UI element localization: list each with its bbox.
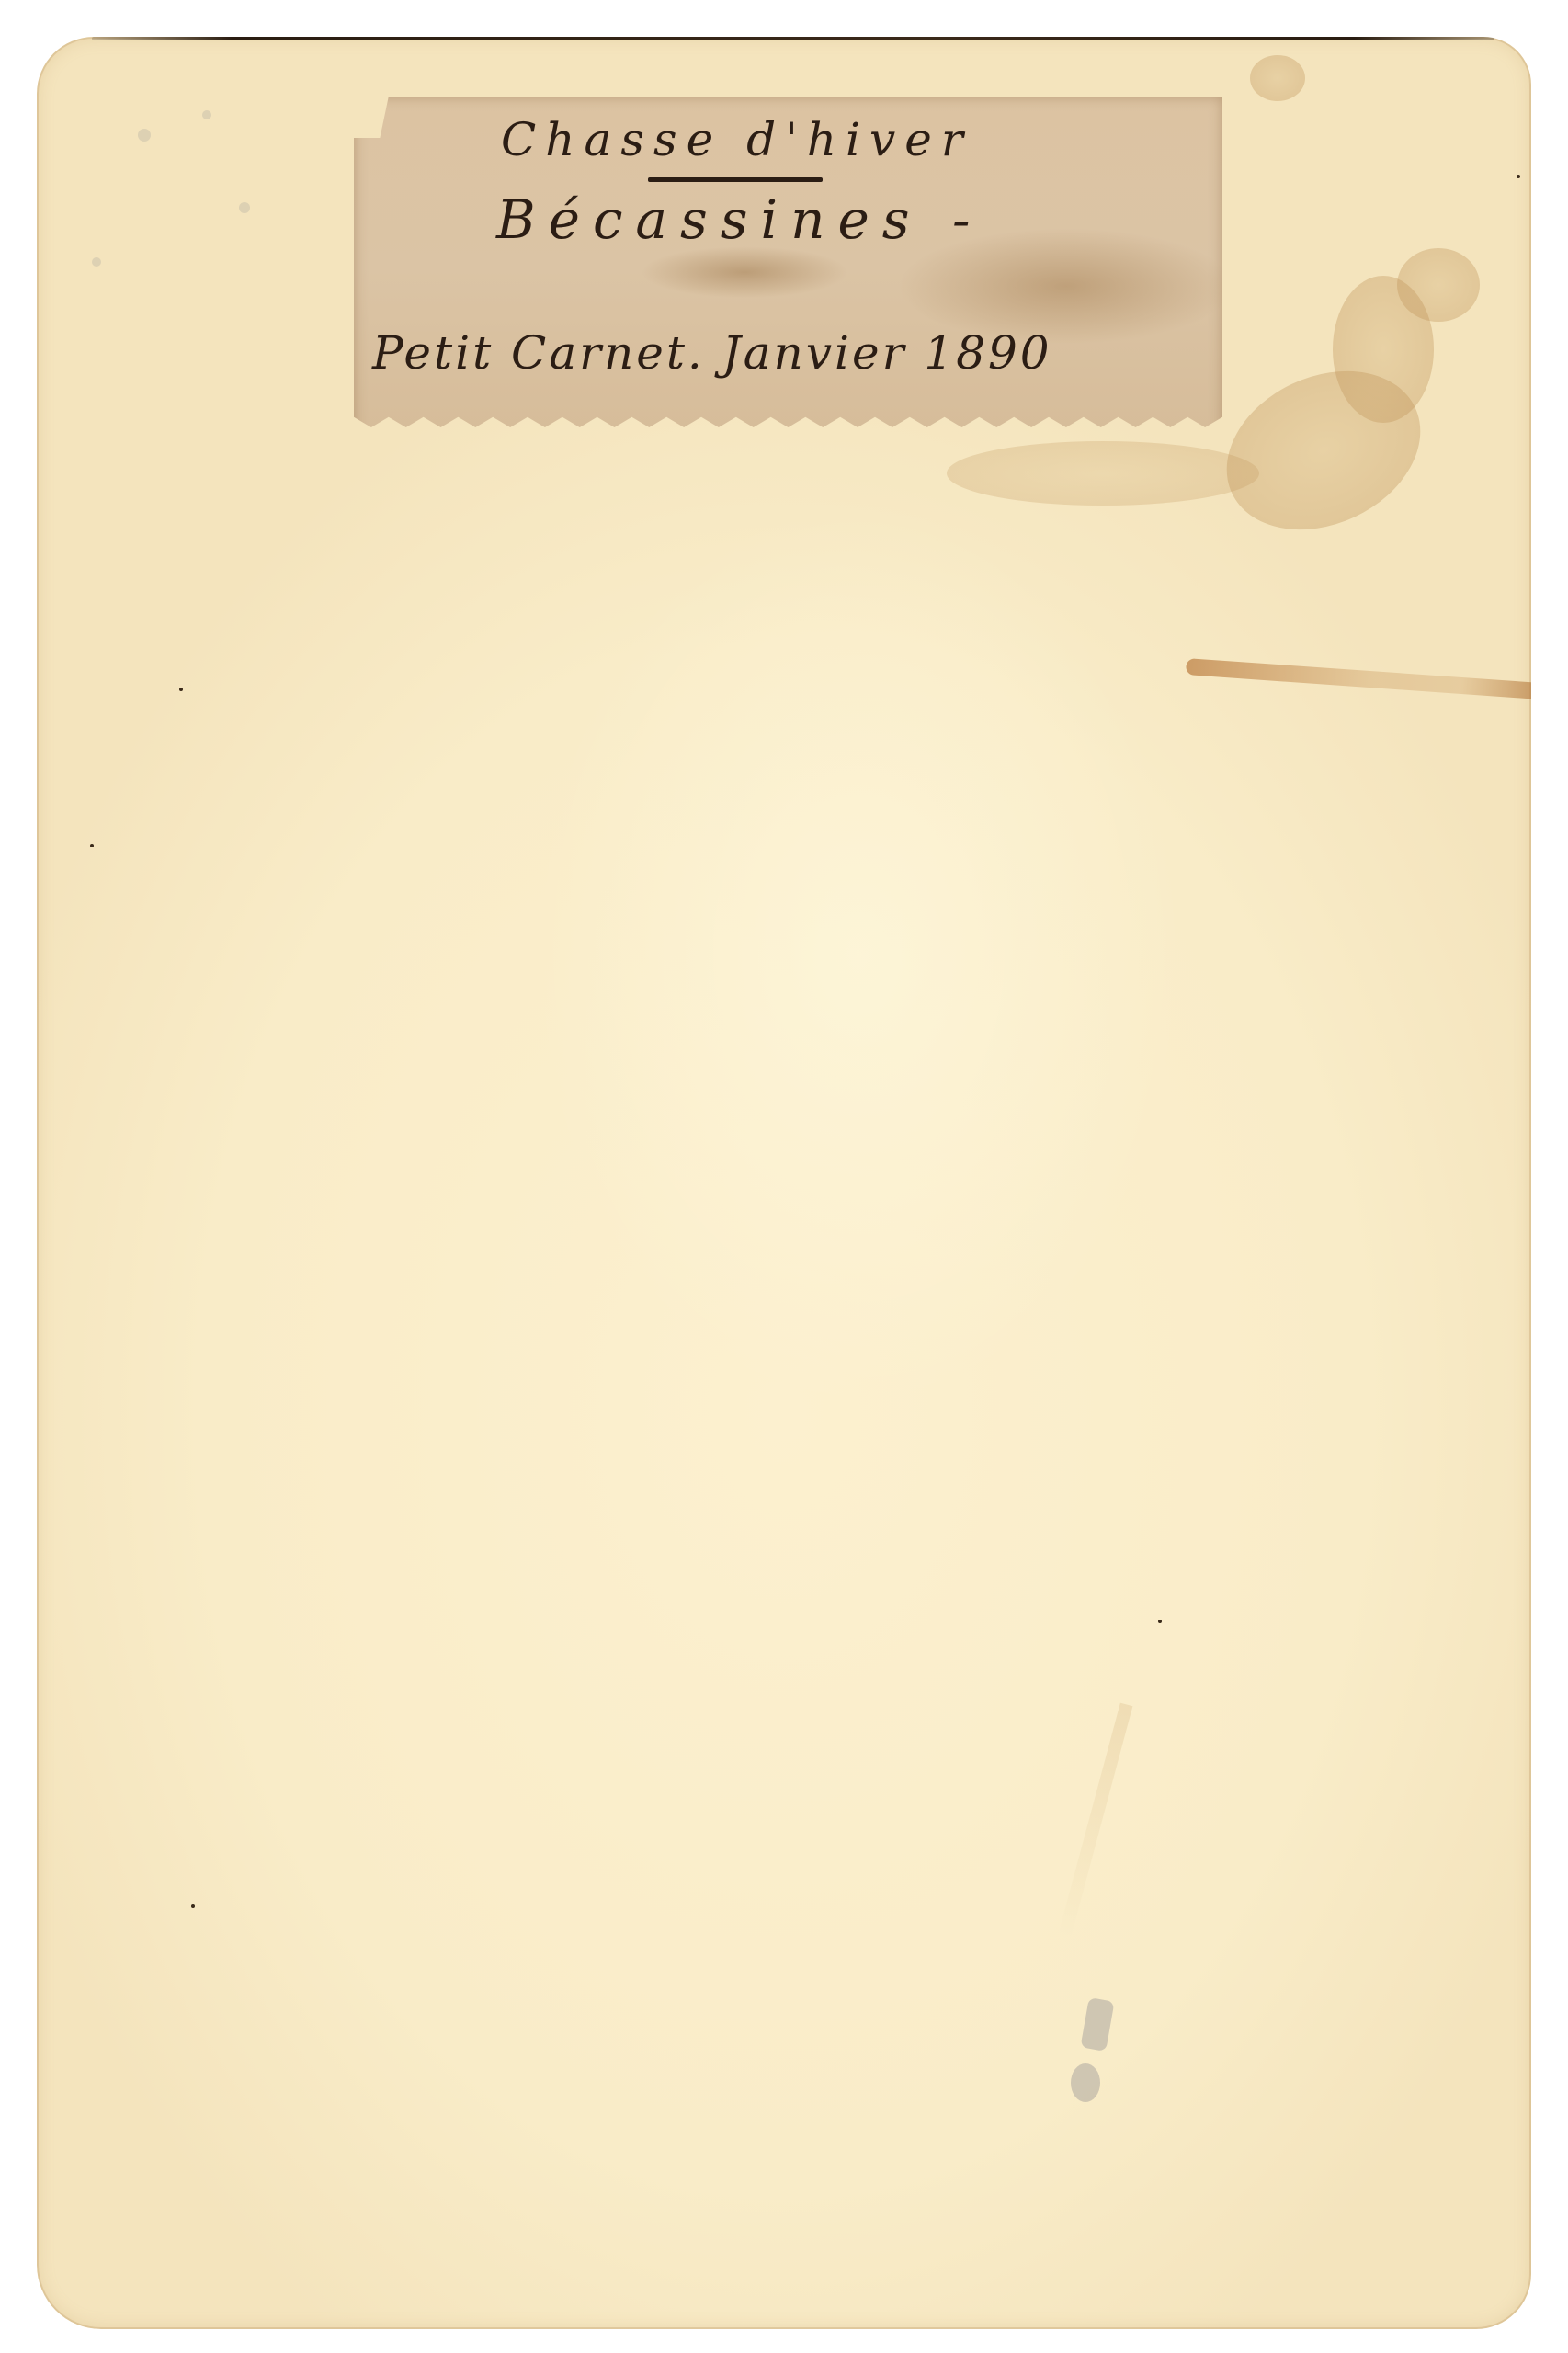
label-line-subject: Bécassines - <box>496 188 983 251</box>
speck-dot <box>1517 175 1520 178</box>
photo-card-back: Chasse d'hiver Bécassines - Petit Carnet… <box>37 37 1531 2329</box>
brown-streak-stain <box>1186 658 1531 700</box>
handwritten-label: Chasse d'hiver Bécassines - Petit Carnet… <box>354 97 1222 441</box>
gray-smudge <box>1071 2063 1100 2102</box>
speck-dot <box>90 844 94 847</box>
label-underline <box>648 177 823 182</box>
faint-stain <box>1059 1703 1133 1938</box>
water-stain <box>1250 55 1305 101</box>
speck-dot <box>191 1904 195 1908</box>
speck-dot <box>179 688 183 691</box>
speckle <box>202 110 211 119</box>
water-stain <box>947 441 1259 506</box>
speckle <box>239 202 250 213</box>
card-top-edge <box>92 37 1494 40</box>
speckle <box>138 129 151 142</box>
label-line-place-date: Petit Carnet. Janvier 1890 <box>372 326 1052 380</box>
speck-dot <box>1158 1620 1162 1623</box>
speckle <box>92 257 101 267</box>
gray-smudge <box>1080 1997 1114 2052</box>
label-line-title: Chasse d'hiver <box>501 113 972 166</box>
